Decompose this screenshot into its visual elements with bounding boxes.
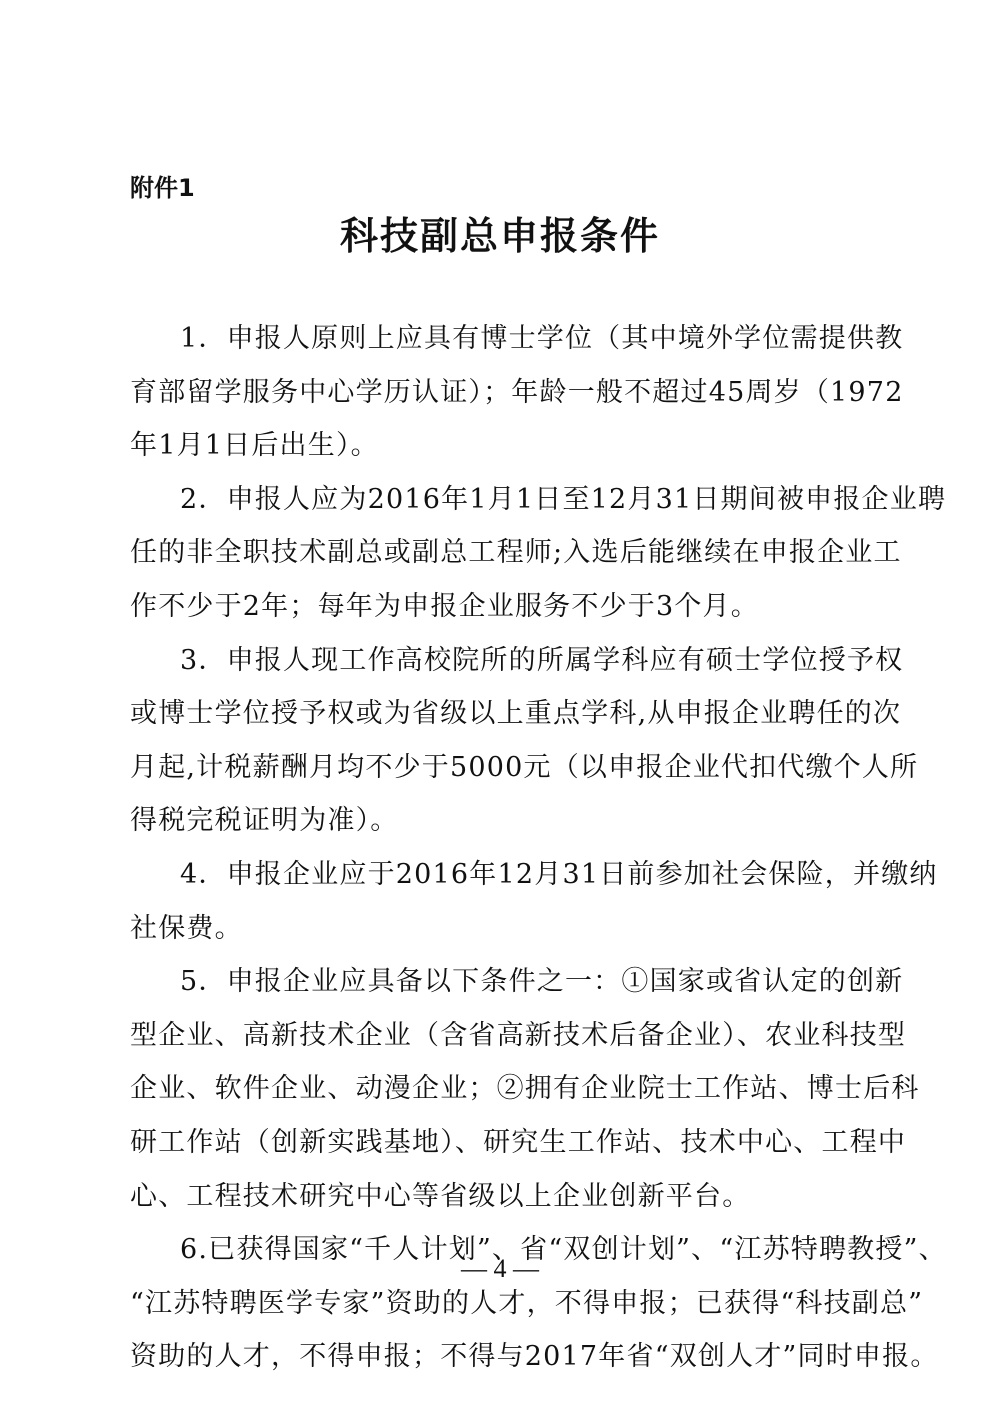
paragraph-line: 月起,计税薪酬月均不少于5000元（以申报企业代扣代缴个人所 (130, 741, 875, 795)
paragraph-line: 型企业、高新技术企业（含省高新技术后备企业）、农业科技型 (130, 1009, 875, 1063)
paragraph-line: 3．申报人现工作高校院所的所属学科应有硕士学位授予权 (130, 634, 875, 688)
paragraph-line: 4．申报企业应于2016年12月31日前参加社会保险，并缴纳 (130, 848, 875, 902)
paragraph-line: 作不少于2年；每年为申报企业服务不少于3个月。 (130, 580, 875, 634)
paragraph-line: 研工作站（创新实践基地）、研究生工作站、技术中心、工程中 (130, 1116, 875, 1170)
paragraph-2: 2．申报人应为2016年1月1日至12月31日期间被申报企业聘 任的非全职技术副… (130, 473, 875, 634)
paragraph-4: 4．申报企业应于2016年12月31日前参加社会保险，并缴纳 社保费。 (130, 848, 875, 955)
attachment-label: 附件1 (130, 168, 195, 203)
paragraph-line: 企业、软件企业、动漫企业；②拥有企业院士工作站、博士后科 (130, 1062, 875, 1116)
paragraph-line: “江苏特聘医学专家”资助的人才，不得申报；已获得“科技副总” (130, 1277, 875, 1331)
paragraph-line: 社保费。 (130, 902, 875, 956)
page-number: — 4 — (0, 1254, 1000, 1284)
paragraph-line: 或博士学位授予权或为省级以上重点学科,从申报企业聘任的次 (130, 687, 875, 741)
paragraph-line: 2．申报人应为2016年1月1日至12月31日期间被申报企业聘 (130, 473, 875, 527)
paragraph-line: 心、工程技术研究中心等省级以上企业创新平台。 (130, 1170, 875, 1224)
paragraph-line: 年1月1日后出生）。 (130, 419, 875, 473)
paragraph-line: 得税完税证明为准）。 (130, 794, 875, 848)
paragraph-line: 任的非全职技术副总或副总工程师;入选后能继续在申报企业工 (130, 526, 875, 580)
paragraph-line: 育部留学服务中心学历认证）；年龄一般不超过45周岁（1972 (130, 366, 875, 420)
paragraph-5: 5．申报企业应具备以下条件之一：①国家或省认定的创新 型企业、高新技术企业（含省… (130, 955, 875, 1223)
document-title: 科技副总申报条件 (0, 205, 1000, 260)
paragraph-line: 资助的人才，不得申报；不得与2017年省“双创人才”同时申报。 (130, 1330, 875, 1384)
paragraph-3: 3．申报人现工作高校院所的所属学科应有硕士学位授予权 或博士学位授予权或为省级以… (130, 634, 875, 848)
paragraph-6: 6.已获得国家“千人计划”、省“双创计划”、“江苏特聘教授”、 “江苏特聘医学专… (130, 1223, 875, 1384)
paragraph-1: 1．申报人原则上应具有博士学位（其中境外学位需提供教 育部留学服务中心学历认证）… (130, 312, 875, 473)
paragraph-line: 1．申报人原则上应具有博士学位（其中境外学位需提供教 (130, 312, 875, 366)
paragraph-line: 5．申报企业应具备以下条件之一：①国家或省认定的创新 (130, 955, 875, 1009)
document-body: 1．申报人原则上应具有博士学位（其中境外学位需提供教 育部留学服务中心学历认证）… (130, 312, 875, 1384)
